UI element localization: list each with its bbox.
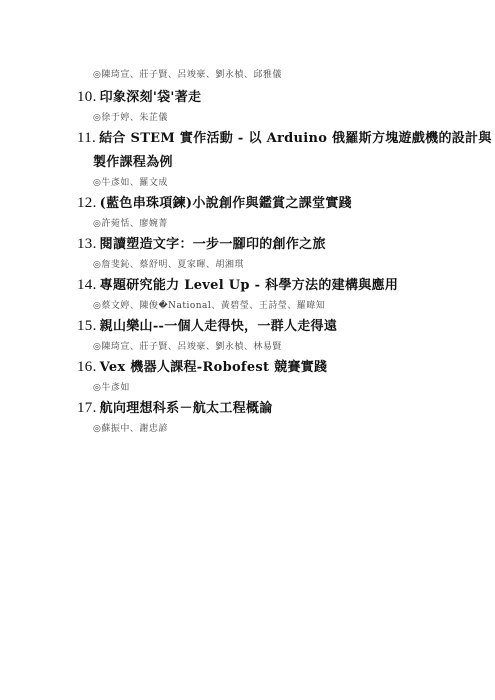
entry-title-text: Vex 機器人課程-Robofest 競賽實踐 bbox=[100, 360, 328, 375]
entry-number: 11. bbox=[77, 130, 96, 146]
entry-number: 13. bbox=[77, 236, 97, 252]
entry-title-text: 結合 STEM 實作活動 - 以 Arduino 俄羅斯方塊遊戲機的設計與 bbox=[99, 131, 492, 146]
entry-title: 12.(藍色串珠項鍊)小說創作與鑑賞之課堂實踐 bbox=[77, 192, 352, 212]
entry-authors: ◎陳琦宣、莊子賢、呂竣豪、劉永楨、邱雅儀 bbox=[93, 67, 282, 80]
entry-authors: ◎蔡文婷、陳俊�National、黃碧瑩、王詩瑩、羅暐知 bbox=[93, 298, 325, 311]
entry-title: 13.閱讀塑造文字：一步一腳印的創作之旅 bbox=[77, 233, 326, 253]
entry-title-continuation: 製作課程為例 bbox=[93, 151, 173, 170]
entry-authors: ◎許菀恬、廖婉菁 bbox=[93, 216, 168, 229]
entry-title-text: 航向理想科系－航太工程概論 bbox=[100, 401, 273, 416]
entry-authors: ◎詹斐鈊、蔡舒明、夏家暉、胡湘琪 bbox=[93, 257, 244, 270]
entry-title: 16.Vex 機器人課程-Robofest 競賽實踐 bbox=[77, 356, 327, 376]
document-page: ◎陳琦宣、莊子賢、呂竣豪、劉永楨、邱雅儀 10.印象深刻'袋'著走 ◎徐于婷、朱… bbox=[0, 0, 495, 700]
entry-title: 17.航向理想科系－航太工程概論 bbox=[77, 397, 273, 417]
entry-authors: ◎牛彥如 bbox=[93, 380, 130, 393]
entry-number: 16. bbox=[77, 359, 97, 375]
entry-title: 14.專題研究能力 Level Up - 科學方法的建構與應用 bbox=[77, 274, 398, 294]
entry-title: 15.親山樂山--一個人走得快，一群人走得遠 bbox=[77, 315, 337, 335]
entry-number: 15. bbox=[77, 318, 97, 334]
entry-title-text: 親山樂山--一個人走得快，一群人走得遠 bbox=[100, 319, 338, 334]
entry-title-text: (藍色串珠項鍊)小說創作與鑑賞之課堂實踐 bbox=[100, 196, 352, 211]
entry-number: 14. bbox=[77, 277, 97, 293]
entry-authors: ◎徐于婷、朱芷儀 bbox=[93, 110, 168, 123]
entry-number: 12. bbox=[77, 195, 97, 211]
entry-title-text: 印象深刻'袋'著走 bbox=[100, 90, 202, 105]
entry-number: 10. bbox=[77, 89, 97, 105]
entry-title-text: 閱讀塑造文字：一步一腳印的創作之旅 bbox=[100, 237, 326, 252]
entry-title: 11.結合 STEM 實作活動 - 以 Arduino 俄羅斯方塊遊戲機的設計與 bbox=[77, 127, 492, 147]
entry-title: 10.印象深刻'袋'著走 bbox=[77, 86, 201, 106]
entry-number: 17. bbox=[77, 400, 97, 416]
entry-title-text: 專題研究能力 Level Up - 科學方法的建構與應用 bbox=[100, 278, 399, 293]
entry-authors: ◎蘇振中、謝忠諺 bbox=[93, 421, 168, 434]
entry-authors: ◎牛彥如、羅文成 bbox=[93, 175, 168, 188]
entry-authors: ◎陳琦宣、莊子賢、呂竣豪、劉永楨、林易賢 bbox=[93, 339, 282, 352]
